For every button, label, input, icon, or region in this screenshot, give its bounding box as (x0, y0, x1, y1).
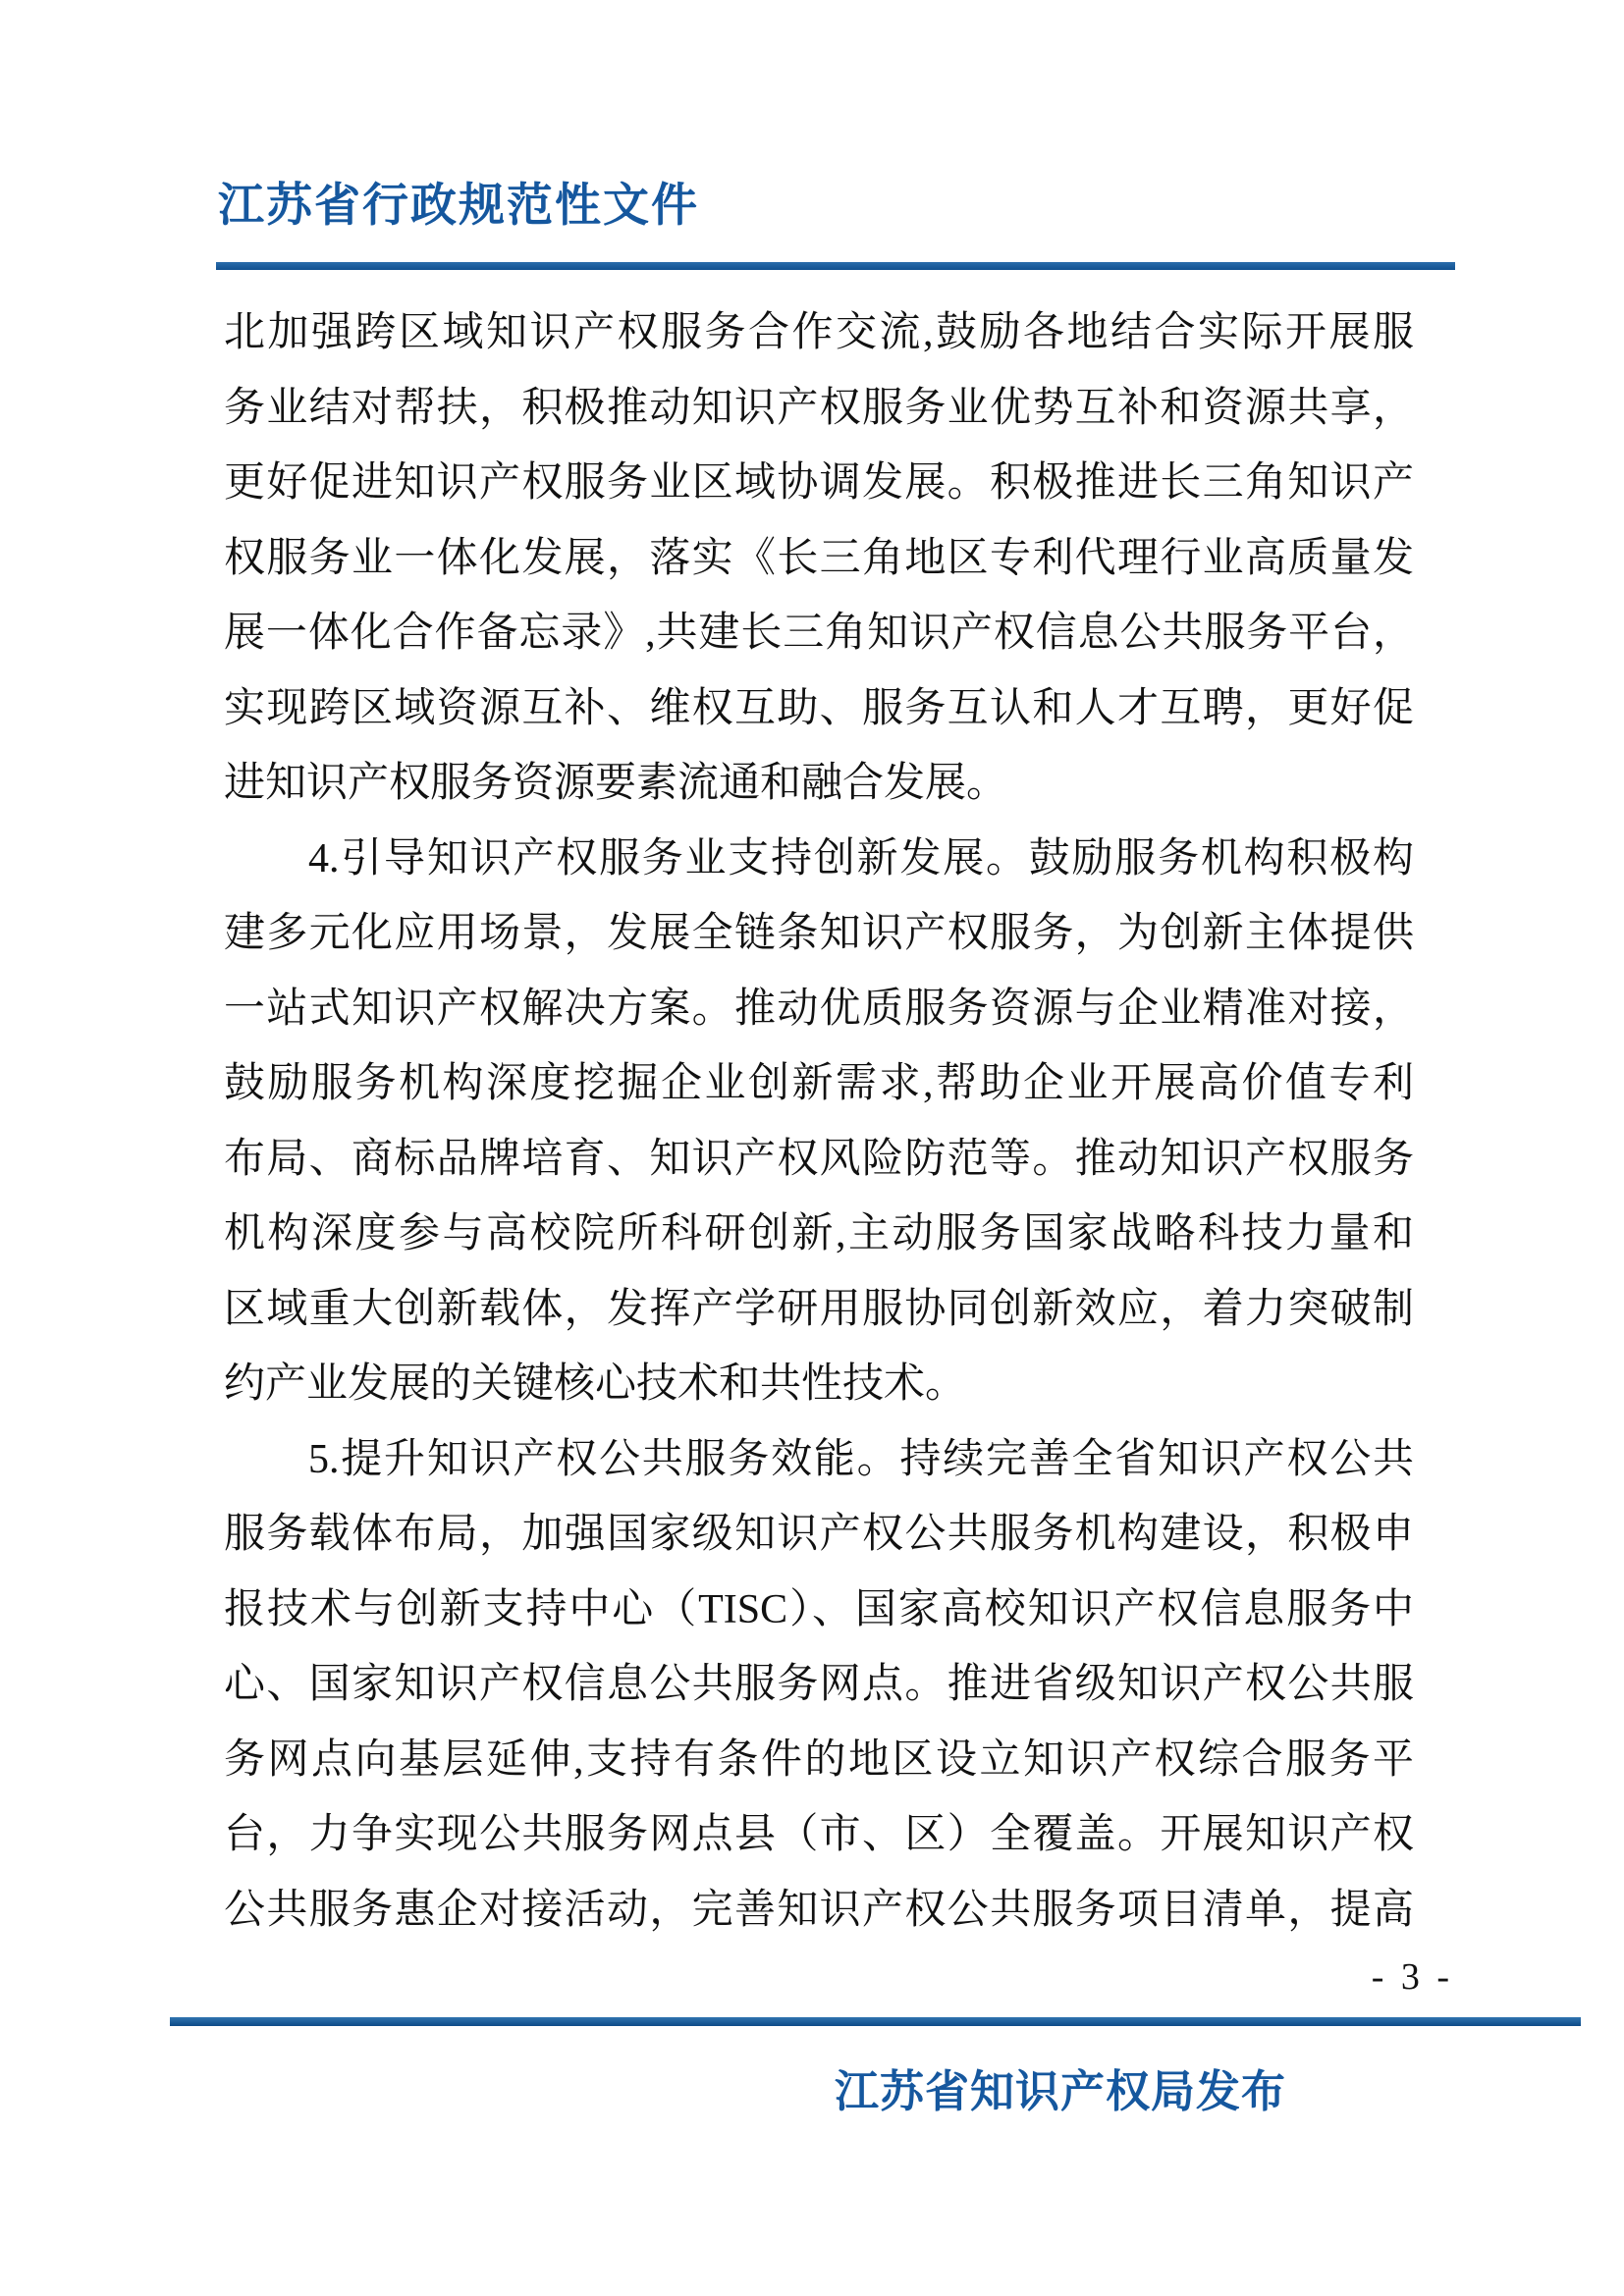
body-line: 实现跨区域资源互补、维权互助、服务互认和人才互聘，更好促 (224, 671, 1414, 747)
body-line: 公共服务惠企对接活动，完善知识产权公共服务项目清单，提高 (224, 1873, 1414, 1949)
body-line: 报技术与创新支持中心（TISC）、国家高校知识产权信息服务中 (224, 1573, 1414, 1648)
body-line: 务业结对帮扶，积极推动知识产权服务业优势互补和资源共享， (224, 371, 1414, 447)
body-line: 建多元化应用场景，发展全链条知识产权服务，为创新主体提供 (224, 896, 1414, 972)
body-line: 5.提升知识产权公共服务效能。持续完善全省知识产权公共 (224, 1422, 1414, 1498)
body-line: 台，力争实现公共服务网点县（市、区）全覆盖。开展知识产权 (224, 1797, 1414, 1873)
document-body: 北加强跨区域知识产权服务合作交流,鼓励各地结合实际开展服务业结对帮扶，积极推动知… (224, 295, 1414, 1948)
body-line: 北加强跨区域知识产权服务合作交流,鼓励各地结合实际开展服 (224, 295, 1414, 371)
body-line: 一站式知识产权解决方案。推动优质服务资源与企业精准对接， (224, 972, 1414, 1047)
body-line: 约产业发展的关键核心技术和共性技术。 (224, 1347, 1414, 1422)
body-line: 布局、商标品牌培育、知识产权风险防范等。推动知识产权服务 (224, 1122, 1414, 1198)
body-line: 心、国家知识产权信息公共服务网点。推进省级知识产权公共服 (224, 1647, 1414, 1723)
body-line: 展一体化合作备忘录》,共建长三角知识产权信息公共服务平台， (224, 596, 1414, 671)
body-line: 机构深度参与高校院所科研创新,主动服务国家战略科技力量和 (224, 1197, 1414, 1272)
document-page: 江苏省行政规范性文件 北加强跨区域知识产权服务合作交流,鼓励各地结合实际开展服务… (0, 0, 1624, 2296)
body-line: 更好促进知识产权服务业区域协调发展。积极推进长三角知识产 (224, 446, 1414, 521)
footer-rule (170, 2017, 1581, 2026)
body-line: 区域重大创新载体，发挥产学研用服协同创新效应，着力突破制 (224, 1272, 1414, 1348)
body-line: 服务载体布局，加强国家级知识产权公共服务机构建设，积极申 (224, 1497, 1414, 1573)
body-line: 务网点向基层延伸,支持有条件的地区设立知识产权综合服务平 (224, 1723, 1414, 1798)
body-line: 4.引导知识产权服务业支持创新发展。鼓励服务机构积极构 (224, 822, 1414, 897)
body-line: 进知识产权服务资源要素流通和融合发展。 (224, 746, 1414, 822)
header-rule (216, 262, 1455, 270)
page-number: - 3 - (224, 1955, 1453, 1999)
publisher-line: 江苏省知识产权局发布 (224, 2056, 1286, 2119)
document-header-title: 江苏省行政规范性文件 (218, 169, 1455, 235)
body-line: 鼓励服务机构深度挖掘企业创新需求,帮助企业开展高价值专利 (224, 1046, 1414, 1122)
body-line: 权服务业一体化发展，落实《长三角地区专利代理行业高质量发 (224, 521, 1414, 597)
